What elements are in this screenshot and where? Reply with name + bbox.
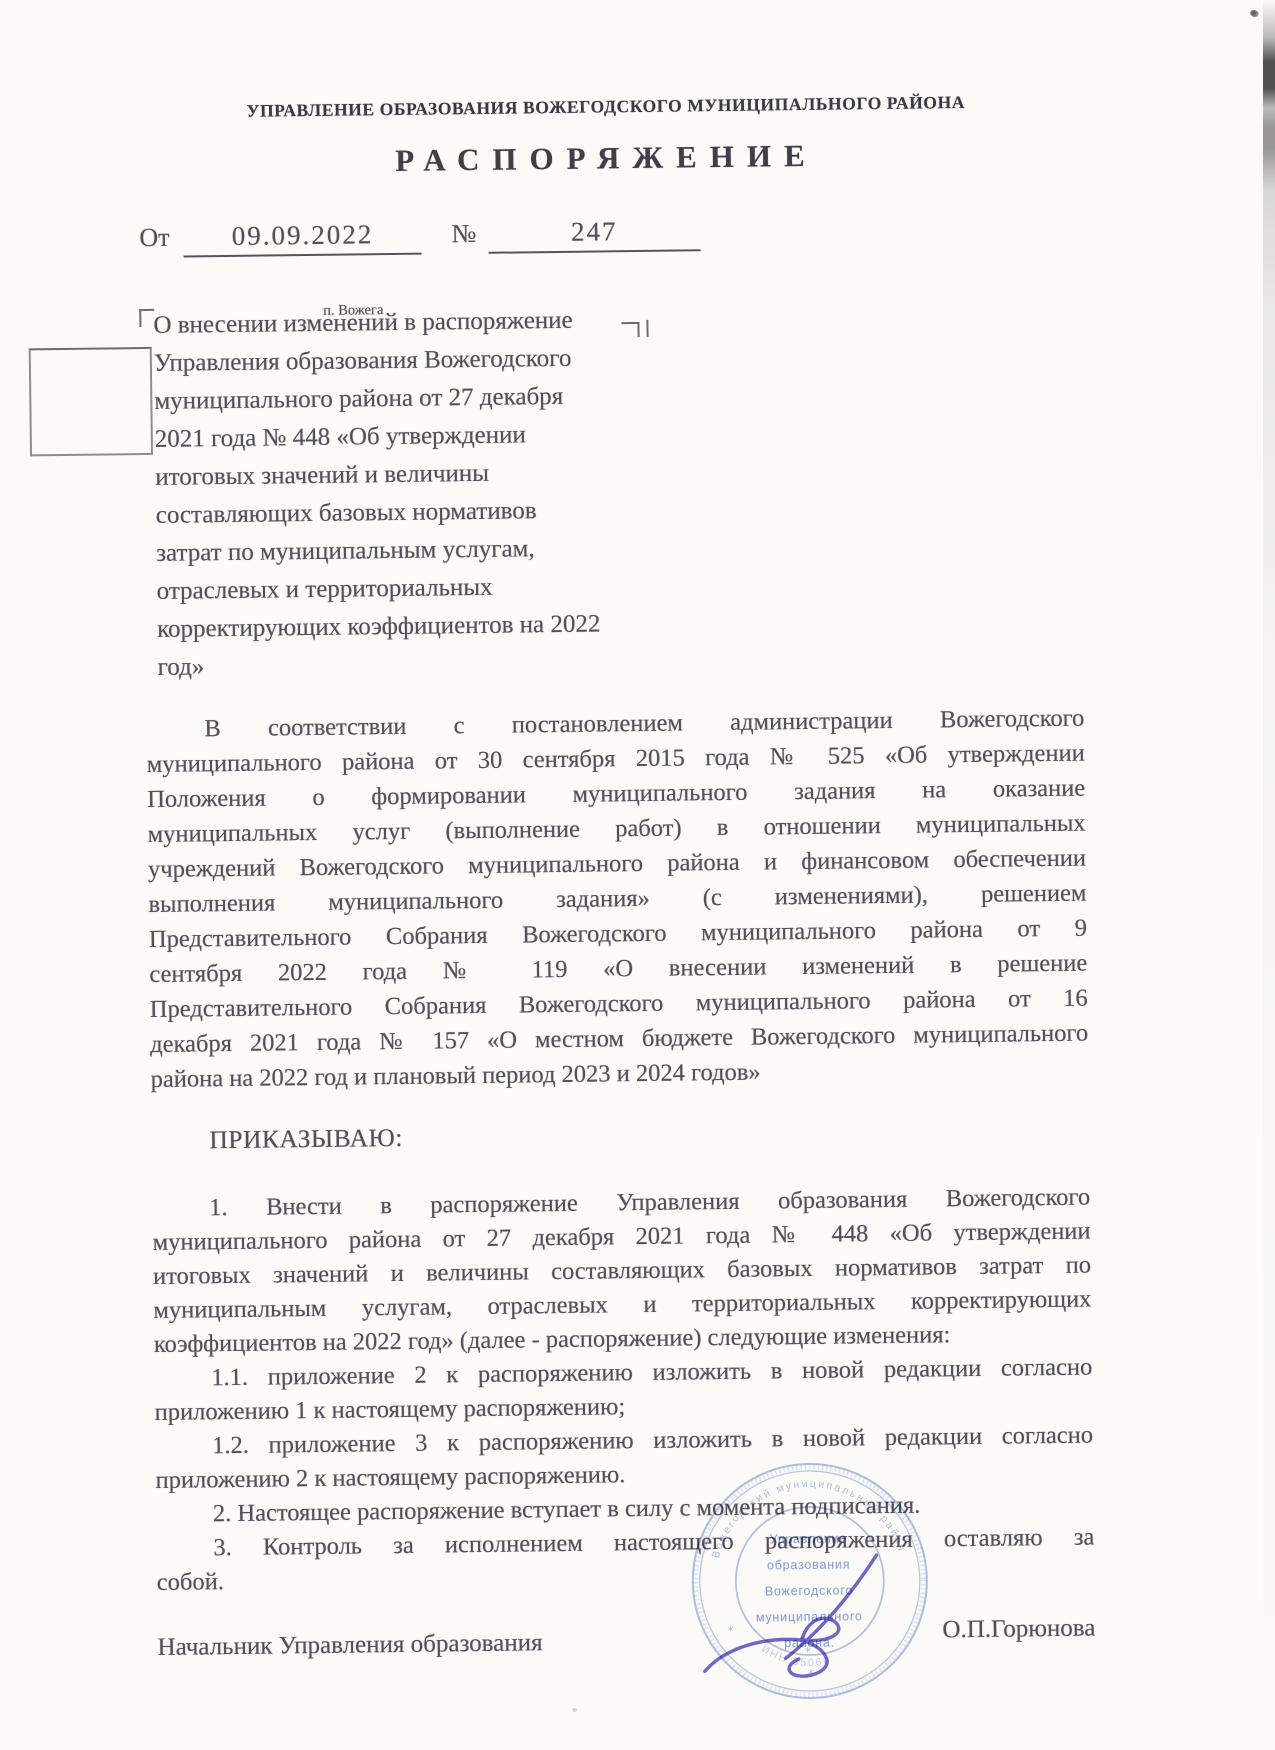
number-sign: № (451, 219, 476, 248)
text-line: затрат по муниципальным услугам, (156, 528, 696, 573)
resolution-word: ПРИКАЗЫВАЮ: (209, 1123, 403, 1155)
handwritten-signature (648, 1477, 911, 1720)
text-line: отраслевых и территориальных (156, 566, 696, 611)
subject-block: О внесении изменений в распоряжениеУправ… (153, 300, 698, 687)
date-label: От (139, 223, 169, 252)
order-item-3: 3. Контроль за исполнением настоящего ра… (156, 1521, 1095, 1600)
document-type-title: РАСПОРЯЖЕНИЕ (136, 135, 1076, 182)
date-number-row: От09.09.2022№247 (139, 215, 700, 258)
text-line: муниципального района от 27 декабря (154, 376, 694, 421)
order-item-1-2: 1.2. приложение 3 к распоряжению изложит… (155, 1419, 1094, 1498)
text-line: 2021 года № 448 «Об утверждении (155, 414, 695, 459)
corner-bracket-open (139, 309, 154, 327)
order-items: 1. Внести в распоряжение Управления обра… (152, 1181, 1095, 1600)
text-line: итоговых значений и величины (155, 452, 695, 497)
text-line: корректирующих коэффициентов на 2022 (157, 604, 697, 649)
document-content: УПРАВЛЕНИЕ ОБРАЗОВАНИЯ ВОЖЕГОДСКОГО МУНИ… (0, 0, 1275, 1750)
order-item-1-1: 1.1. приложение 2 к распоряжению изложит… (154, 1351, 1093, 1430)
text-line: О внесении изменений в распоряжение (153, 300, 693, 345)
date-value: 09.09.2022 (183, 219, 421, 258)
order-item-1: 1. Внести в распоряжение Управления обра… (152, 1181, 1092, 1362)
signatory-position: Начальник Управления образования (157, 1629, 542, 1662)
text-line: год» (157, 642, 697, 687)
number-value: 247 (488, 215, 700, 254)
signature-row: Начальник Управления образования О.П.Гор… (157, 1622, 1095, 1633)
scanned-document-page: УПРАВЛЕНИЕ ОБРАЗОВАНИЯ ВОЖЕГОДСКОГО МУНИ… (0, 0, 1275, 1750)
text-line: составляющих базовых нормативов (156, 490, 696, 535)
scan-speck-bottom (572, 1708, 577, 1712)
stamp-placeholder-box (29, 347, 153, 456)
text-line: Управления образования Вожегодского (154, 338, 694, 383)
preamble-paragraph: В соответствии с постановлением админист… (146, 701, 1089, 1097)
signatory-name: О.П.Горюнова (942, 1614, 1095, 1644)
organization-header: УПРАВЛЕНИЕ ОБРАЗОВАНИЯ ВОЖЕГОДСКОГО МУНИ… (136, 91, 1076, 123)
